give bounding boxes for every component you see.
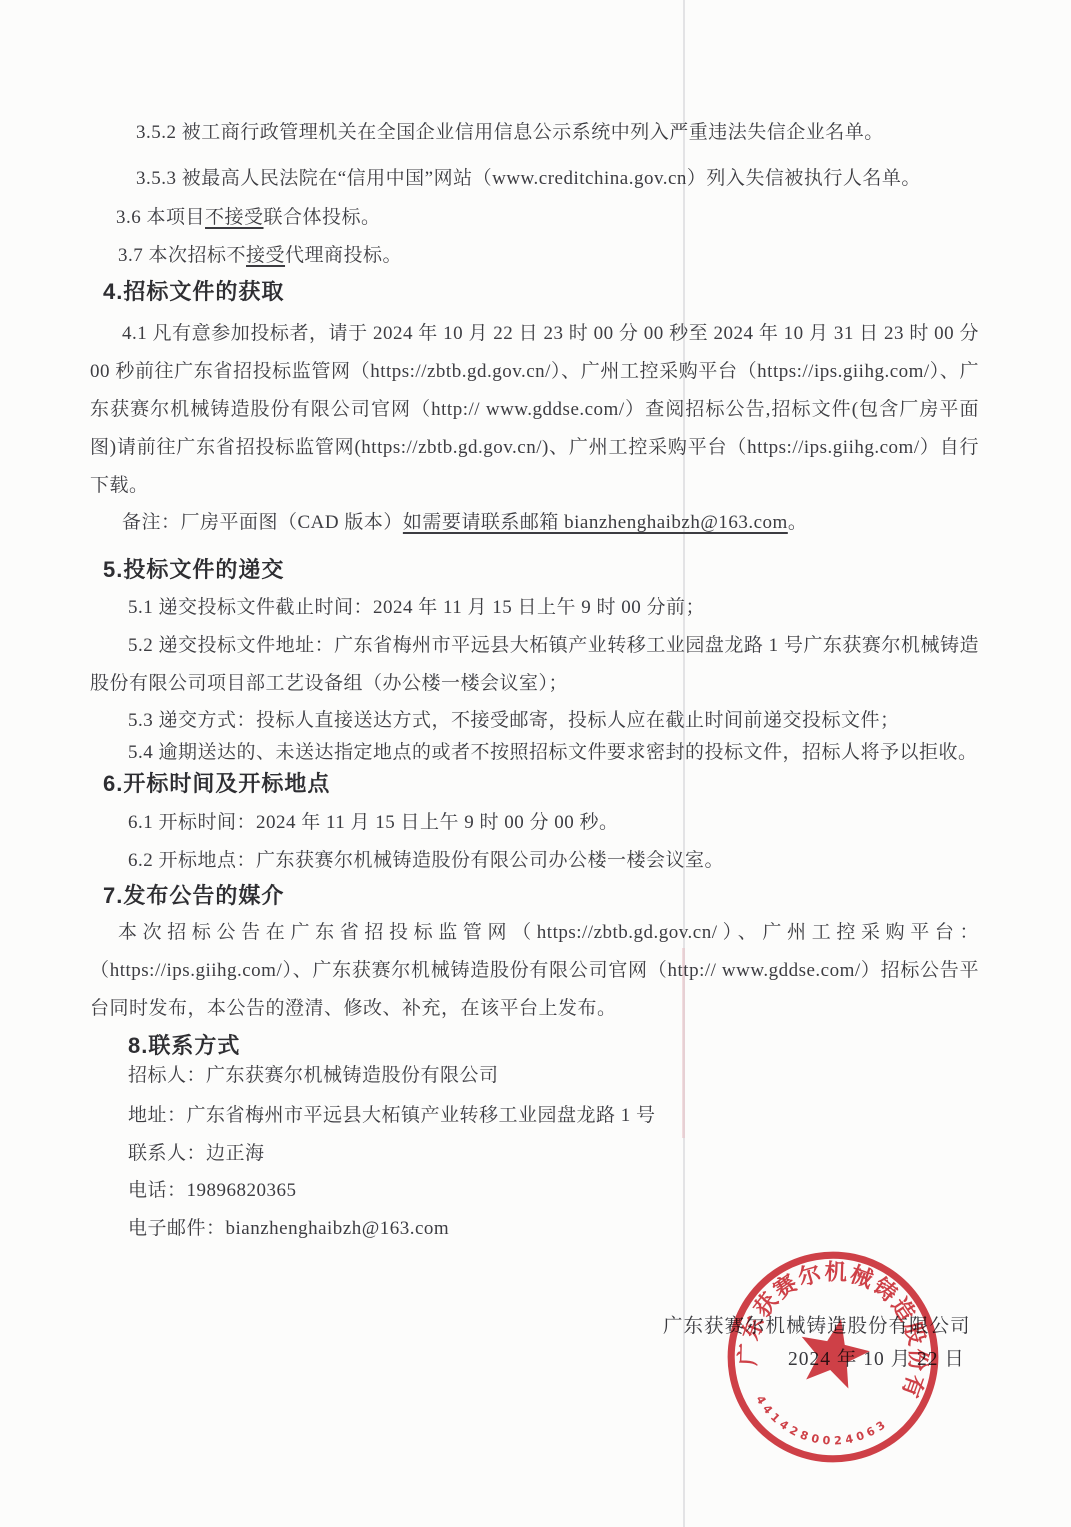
section-5-heading: 5.投标文件的递交 [90, 550, 979, 590]
contact-phone-line: 电话：19896820365 [90, 1172, 297, 1210]
clause-6-1: 6.1 开标时间：2024 年 11 月 15 日上午 9 时 00 分 00 … [90, 804, 619, 842]
clause-6-2: 6.2 开标地点：广东获赛尔机械铸造股份有限公司办公楼一楼会议室。 [90, 842, 724, 880]
section-4-heading: 4.招标文件的获取 [90, 272, 979, 312]
company-seal: 广东获赛尔机械铸造股份有限公司 4414280024063 [700, 1224, 966, 1490]
clause-3-6-underlined: 不接受 [205, 207, 264, 228]
section-7-heading: 7.发布公告的媒介 [90, 876, 979, 916]
clause-5-1: 5.1 递交投标文件截止时间：2024 年 11 月 15 日上午 9 时 00… [90, 589, 705, 627]
clause-5-2: 5.2 递交投标文件地址：广东省梅州市平远县大柘镇产业转移工业园盘龙路 1 号广… [90, 627, 979, 703]
clause-3-7-pre: 3.7 本次招标不 [118, 245, 246, 266]
clause-3-6-post: 联合体投标。 [264, 207, 381, 228]
note-post: 。 [788, 512, 808, 533]
company-seal-graphic: 广东获赛尔机械铸造股份有限公司 4414280024063 [700, 1224, 966, 1490]
seal-star-icon [793, 1312, 875, 1391]
clause-3-6-pre: 3.6 本项目 [116, 207, 205, 228]
contact-address-line: 地址：广东省梅州市平远县大柘镇产业转移工业园盘龙路 1 号 [90, 1097, 656, 1135]
section-6-heading: 6.开标时间及开标地点 [90, 764, 979, 804]
note-line: 备注：厂房平面图（CAD 版本）如需要请联系邮箱 bianzhenghaibzh… [90, 504, 807, 542]
clause-3-7-post: 代理商投标。 [285, 245, 402, 266]
clause-3-5-3: 3.5.3 被最高人民法院在“信用中国”网站（www.creditchina.g… [90, 160, 921, 198]
contact-email-line: 电子邮件：bianzhenghaibzh@163.com [90, 1210, 449, 1248]
clause-3-7-underlined: 接受 [246, 245, 285, 266]
clause-4-1: 4.1 凡有意参加投标者，请于 2024 年 10 月 22 日 23 时 00… [90, 315, 979, 505]
contact-person-line: 联系人：边正海 [90, 1135, 265, 1173]
contact-bidder-line: 招标人：广东获赛尔机械铸造股份有限公司 [90, 1057, 499, 1095]
note-underlined: 如需要请联系邮箱 bianzhenghaibzh@163.com [403, 512, 788, 533]
note-pre: 备注：厂房平面图（CAD 版本） [122, 512, 403, 533]
clause-7-body: 本次招标公告在广东省招投标监管网（https://zbtb.gd.gov.cn/… [90, 914, 979, 1028]
clause-3-5-2: 3.5.2 被工商行政管理机关在全国企业信用信息公示系统中列入严重违法失信企业名… [90, 114, 884, 152]
clause-3-7: 3.7 本次招标不接受代理商投标。 [90, 237, 402, 275]
clause-3-6: 3.6 本项目不接受联合体投标。 [90, 199, 381, 237]
document-page: 3.5.2 被工商行政管理机关在全国企业信用信息公示系统中列入严重违法失信企业名… [0, 0, 1071, 1527]
